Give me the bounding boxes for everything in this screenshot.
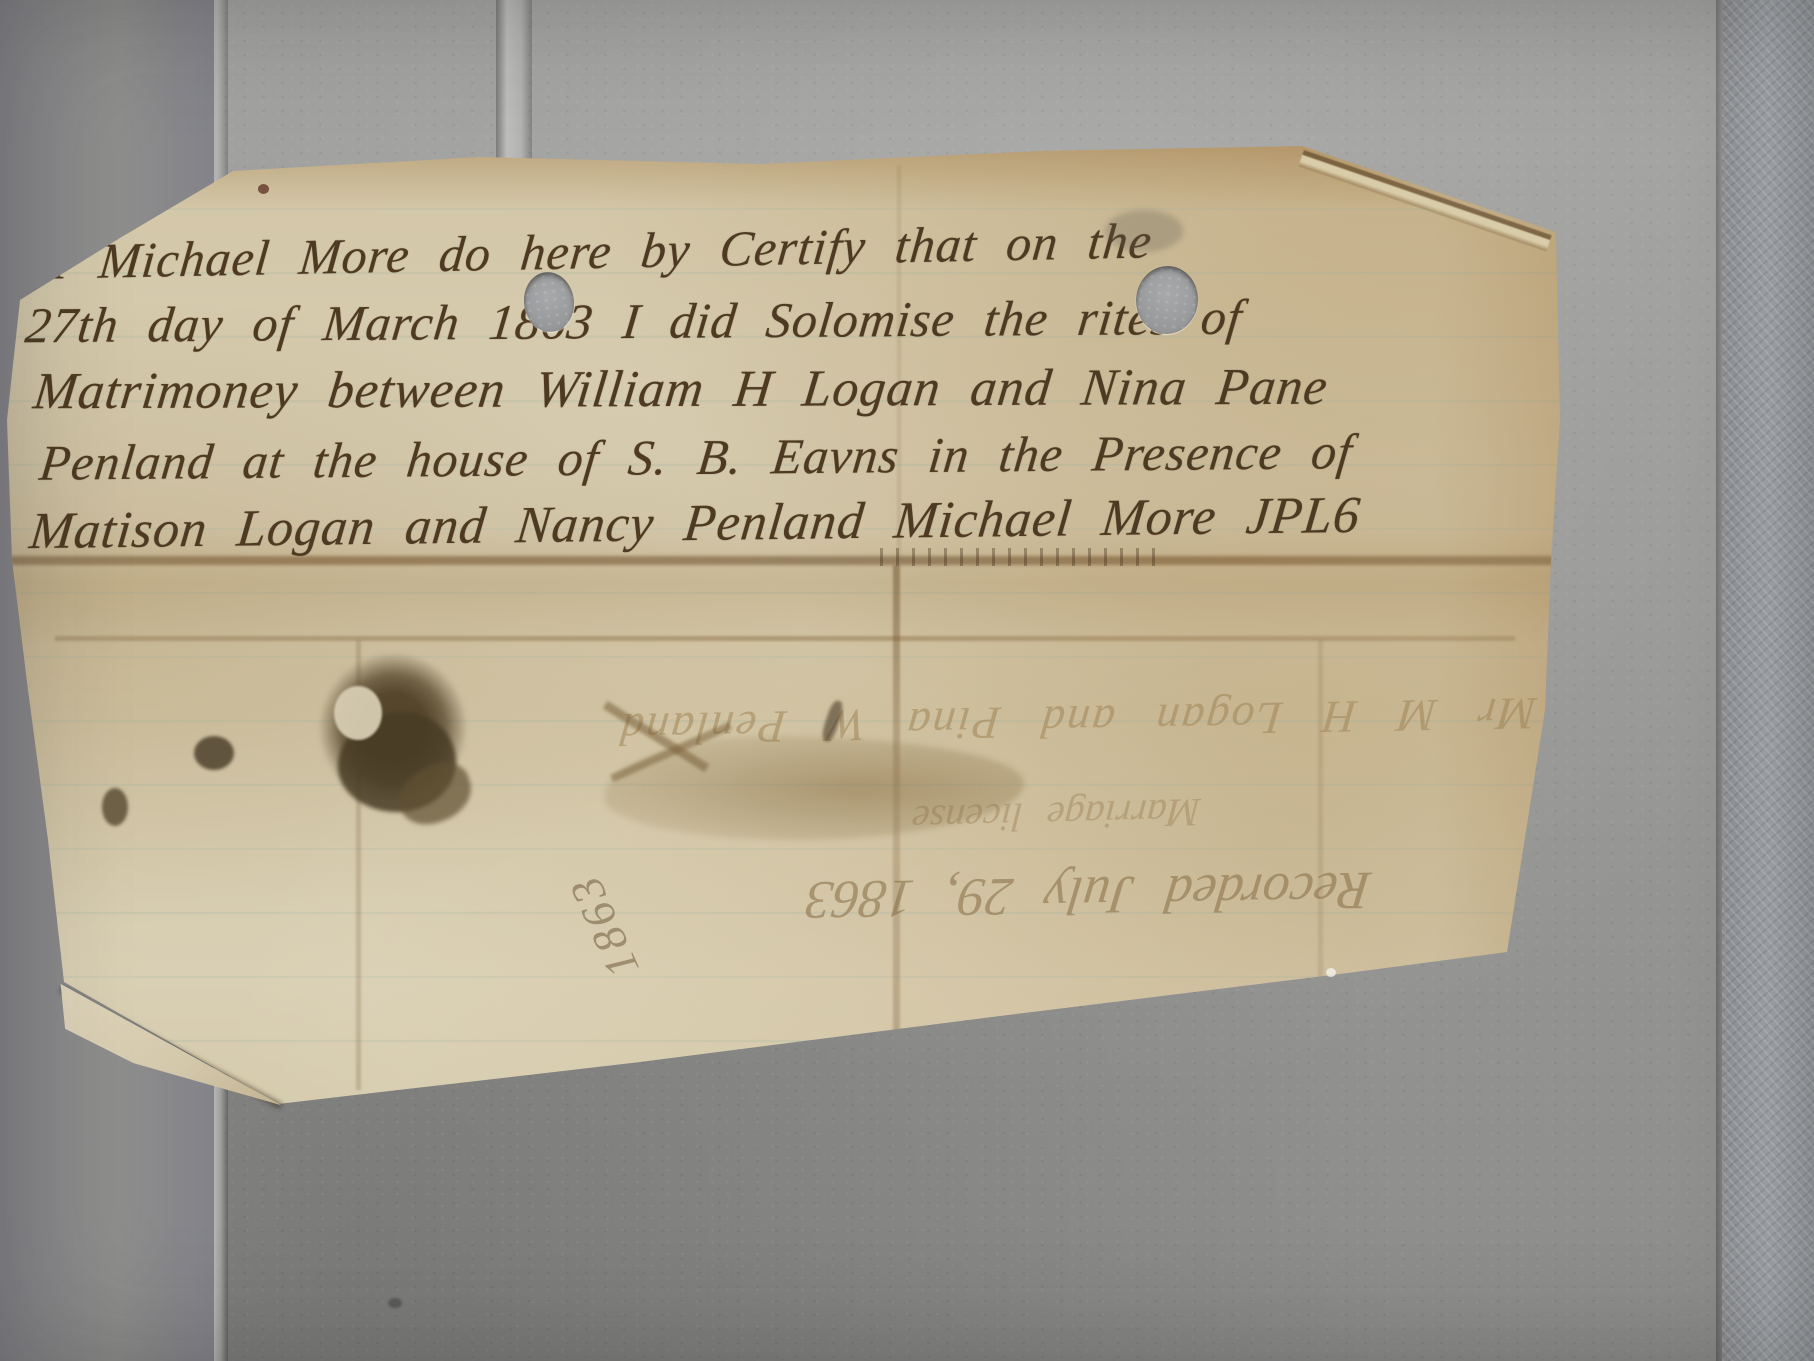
- reverse-note-recorded-date: Recorded July 29, 1863: [636, 860, 1374, 935]
- paper-speck: [258, 184, 269, 194]
- stain-dot: [194, 736, 234, 770]
- certificate-line-2: 27th day of March 1863 I did Solomise th…: [23, 288, 1246, 355]
- certificate-line-4: Penland at the house of S. B. Eavns in t…: [37, 422, 1356, 492]
- surface-top-gap: [496, 0, 532, 178]
- paper-fleck: [1326, 968, 1336, 977]
- debris-speck: [388, 1298, 402, 1308]
- stain-light-patch: [334, 686, 382, 740]
- certificate-line-3: Matrimoney between William H Logan and N…: [30, 358, 1331, 422]
- fold-crease-marks: [880, 548, 1160, 566]
- surface-right-fabric: [1722, 0, 1814, 1361]
- graphite-smudge: [1105, 210, 1183, 252]
- photo-scene: I Michael More do here by Certify that o…: [0, 0, 1814, 1361]
- stain-dot-small: [102, 788, 128, 826]
- secondary-horizontal-crease: [55, 636, 1515, 641]
